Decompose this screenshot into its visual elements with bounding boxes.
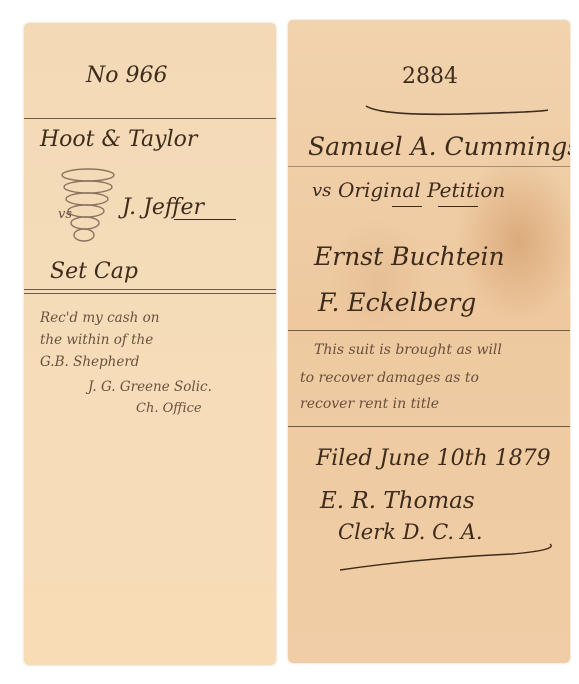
- number-underline-flourish-icon: [362, 96, 552, 120]
- left-note-line-1: Rec'd my cash on: [40, 310, 159, 326]
- defendant-tail-stroke: [174, 219, 236, 220]
- right-document-type: Original Petition: [338, 178, 505, 202]
- right-versus-mark: vs: [312, 180, 331, 201]
- right-docket-paper: 2884 Samuel A. Cummings vs Original Peti…: [288, 20, 570, 663]
- left-divider-mid-1: [24, 289, 276, 290]
- right-clerk-name: E. R. Thomas: [320, 488, 475, 514]
- left-versus-mark: vs: [58, 207, 72, 222]
- petition-underline: [438, 206, 478, 207]
- right-note-line-2: to recover damages as to: [300, 370, 479, 386]
- left-docket-parties: Hoot & Taylor: [40, 127, 197, 152]
- right-defendant-1: Ernst Buchtein: [314, 242, 505, 271]
- right-faint-rule-1: [288, 166, 570, 167]
- right-note-line-1: This suit is brought as will: [314, 342, 502, 358]
- left-note-office: Ch. Office: [136, 401, 202, 416]
- left-docket-defendant: J. Jeffer: [122, 195, 204, 220]
- right-docket-number: 2884: [402, 64, 458, 89]
- right-defendant-2: F. Eckelberg: [318, 288, 476, 317]
- right-divider-bottom: [288, 426, 570, 427]
- right-note-line-3: recover rent in title: [300, 396, 439, 412]
- left-docket-paper: No 966 Hoot & Taylor vs J. Jeffer Set Ca…: [24, 23, 276, 665]
- left-note-line-2: the within of the: [40, 332, 153, 348]
- right-docket-plaintiff: Samuel A. Cummings: [308, 132, 570, 161]
- original-underline: [392, 206, 422, 207]
- signature-flourish-icon: [332, 540, 562, 576]
- left-note-signature: J. G. Greene Solic.: [88, 379, 212, 395]
- left-note-line-3: G.B. Shepherd: [40, 354, 139, 370]
- left-docket-case-type: Set Cap: [50, 259, 138, 284]
- left-divider-top: [24, 118, 276, 119]
- right-divider-top: [288, 330, 570, 331]
- left-divider-mid-2: [24, 293, 276, 294]
- left-docket-number: No 966: [86, 63, 167, 88]
- right-filed-date: Filed June 10th 1879: [316, 446, 551, 471]
